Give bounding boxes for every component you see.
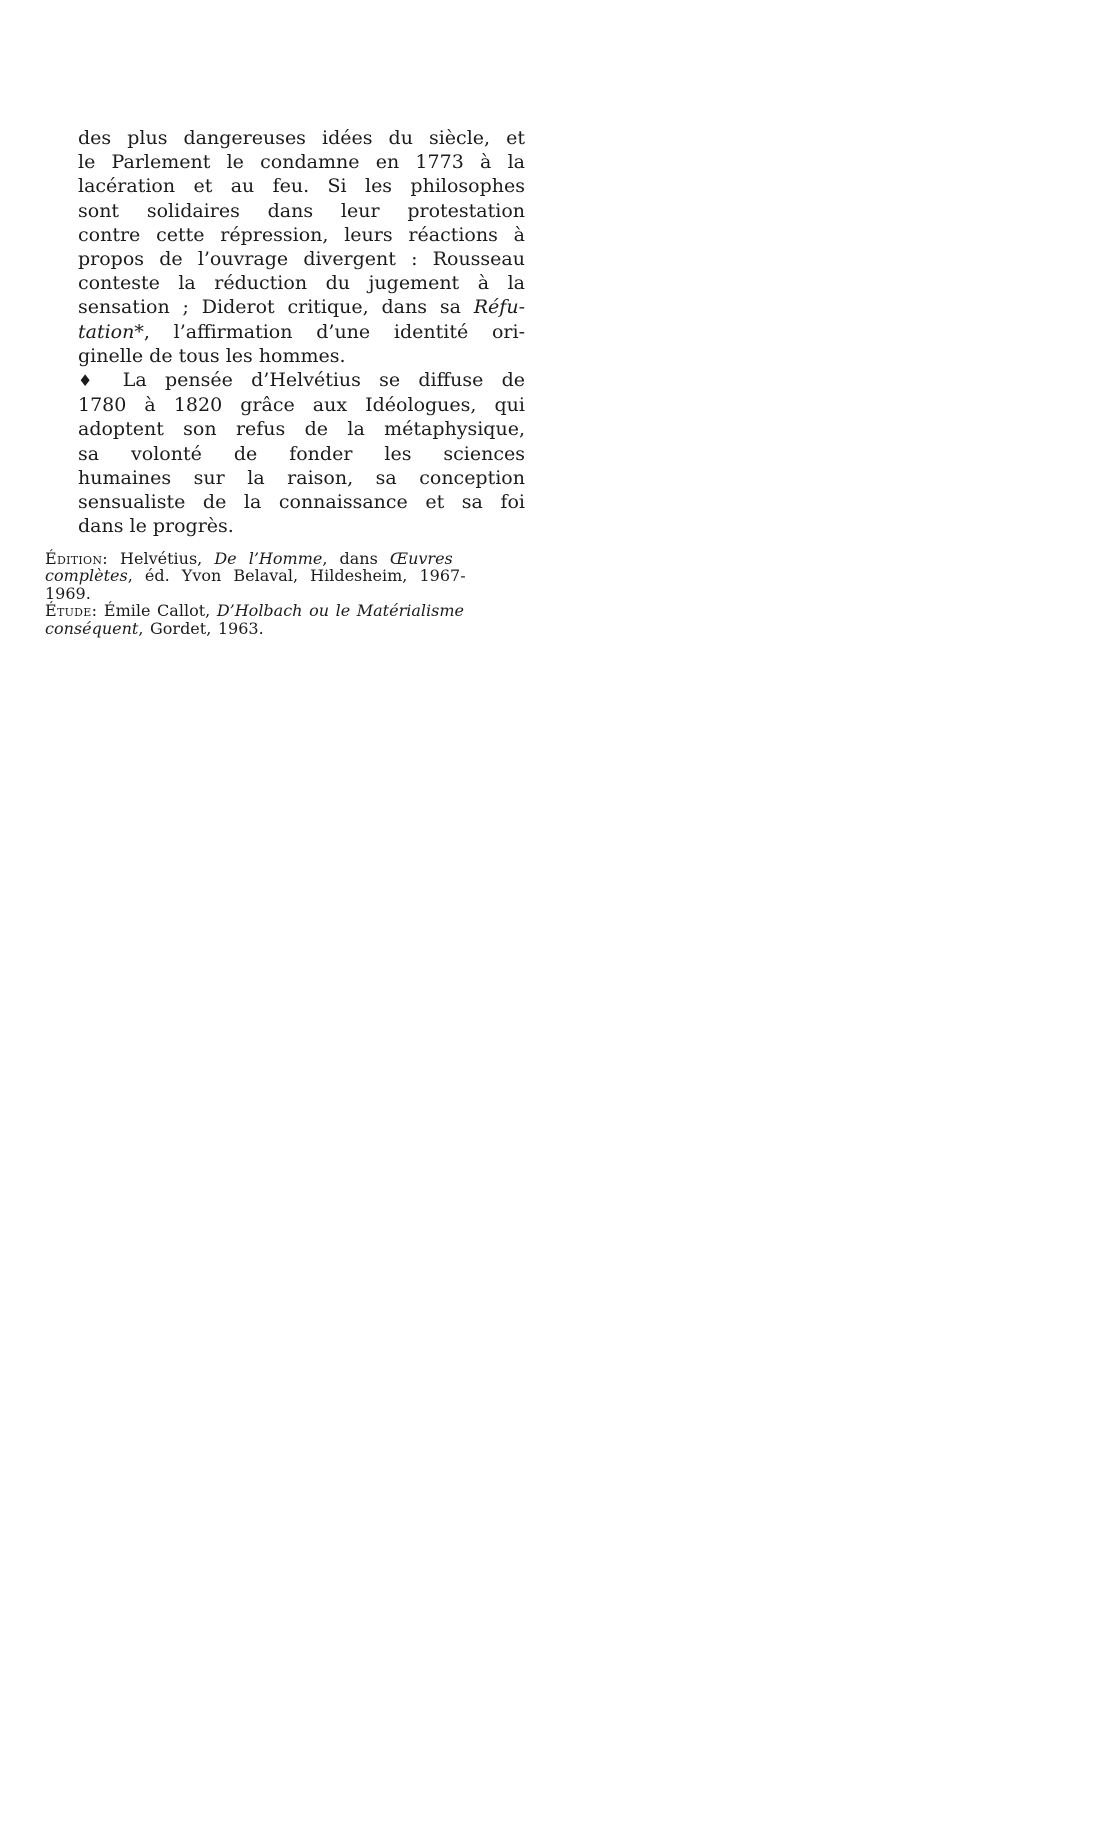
reference-line: Édition: Helvétius, De l’Homme, dans Œuv…	[45, 550, 532, 567]
text-line: 1780 à 1820 grâce aux Idéologues, qui	[78, 393, 525, 417]
scanned-book-page: des plus dangereuses idées du siècle, et…	[0, 0, 1114, 1830]
diamond-bullet-icon: ♦	[78, 371, 105, 390]
text-segment: Émile Callot,	[97, 601, 216, 620]
reference-edition: Édition: Helvétius, De l’Homme, dans Œuv…	[45, 550, 532, 602]
text-line: adoptent son refus de la métaphysique,	[78, 417, 525, 441]
reference-etude: Étude: Émile Callot, D’Holbach ou le Mat…	[45, 602, 532, 637]
text-line: propos de l’ouvrage divergent : Rousseau	[78, 247, 525, 271]
text-line: des plus dangereuses idées du siècle, et	[78, 126, 525, 150]
text-segment: La pensée d’Helvétius se diffuse de	[105, 369, 525, 391]
text-line: dans le progrès.	[78, 514, 525, 538]
text-segment: , dans	[322, 549, 390, 568]
text-line: humaines sur la raison, sa conception	[78, 466, 525, 490]
text-line: tation*, l’affirmation d’une identité or…	[78, 320, 525, 344]
text-segment: , éd. Yvon Belaval, Hildesheim, 1967-	[128, 566, 466, 585]
text-segment: , l’affirmation d’une identité ori-	[144, 321, 525, 343]
text-line: contre cette répression, leurs réactions…	[78, 223, 525, 247]
reference-line: 1969.	[45, 585, 532, 602]
text-line: sont solidaires dans leur protestation	[78, 199, 525, 223]
book-title: De l’Homme	[214, 549, 322, 568]
text-line: le Parlement le condamne en 1773 à la	[78, 150, 525, 174]
book-title: conséquent	[45, 619, 138, 638]
reference-line: complètes, éd. Yvon Belaval, Hildesheim,…	[45, 567, 532, 584]
book-title: D’Holbach ou le Matérialisme	[217, 601, 464, 620]
reference-line: Étude: Émile Callot, D’Holbach ou le Mat…	[45, 602, 532, 619]
article-text-block: des plus dangereuses idées du siècle, et…	[78, 126, 525, 538]
text-line: conteste la réduction du jugement à la	[78, 271, 525, 295]
reference-line: conséquent, Gordet, 1963.	[45, 620, 532, 637]
references-block: Édition: Helvétius, De l’Homme, dans Œuv…	[45, 550, 532, 637]
book-title: complètes	[45, 566, 128, 585]
text-line: ginelle de tous les hommes.	[78, 344, 525, 368]
text-line: ♦ La pensée d’Helvétius se diffuse de	[78, 368, 525, 393]
text-line: sa volonté de fonder les sciences	[78, 442, 525, 466]
text-segment: , Gordet, 1963.	[138, 619, 263, 638]
edition-label: Édition:	[45, 549, 108, 568]
text-line: sensualiste de la connaissance et sa foi	[78, 490, 525, 514]
book-title-fragment: Réfu-	[474, 296, 525, 318]
text-segment: sensation ; Diderot critique, dans sa	[78, 296, 474, 318]
paragraph-1: des plus dangereuses idées du siècle, et…	[78, 126, 525, 368]
text-segment: Helvétius,	[108, 549, 214, 568]
book-title: Œuvres	[390, 549, 453, 568]
book-title-fragment: tation*	[78, 321, 144, 343]
text-line: sensation ; Diderot critique, dans sa Ré…	[78, 295, 525, 319]
paragraph-2: ♦ La pensée d’Helvétius se diffuse de 17…	[78, 368, 525, 538]
etude-label: Étude:	[45, 601, 97, 620]
text-line: lacération et au feu. Si les philosophes	[78, 174, 525, 198]
